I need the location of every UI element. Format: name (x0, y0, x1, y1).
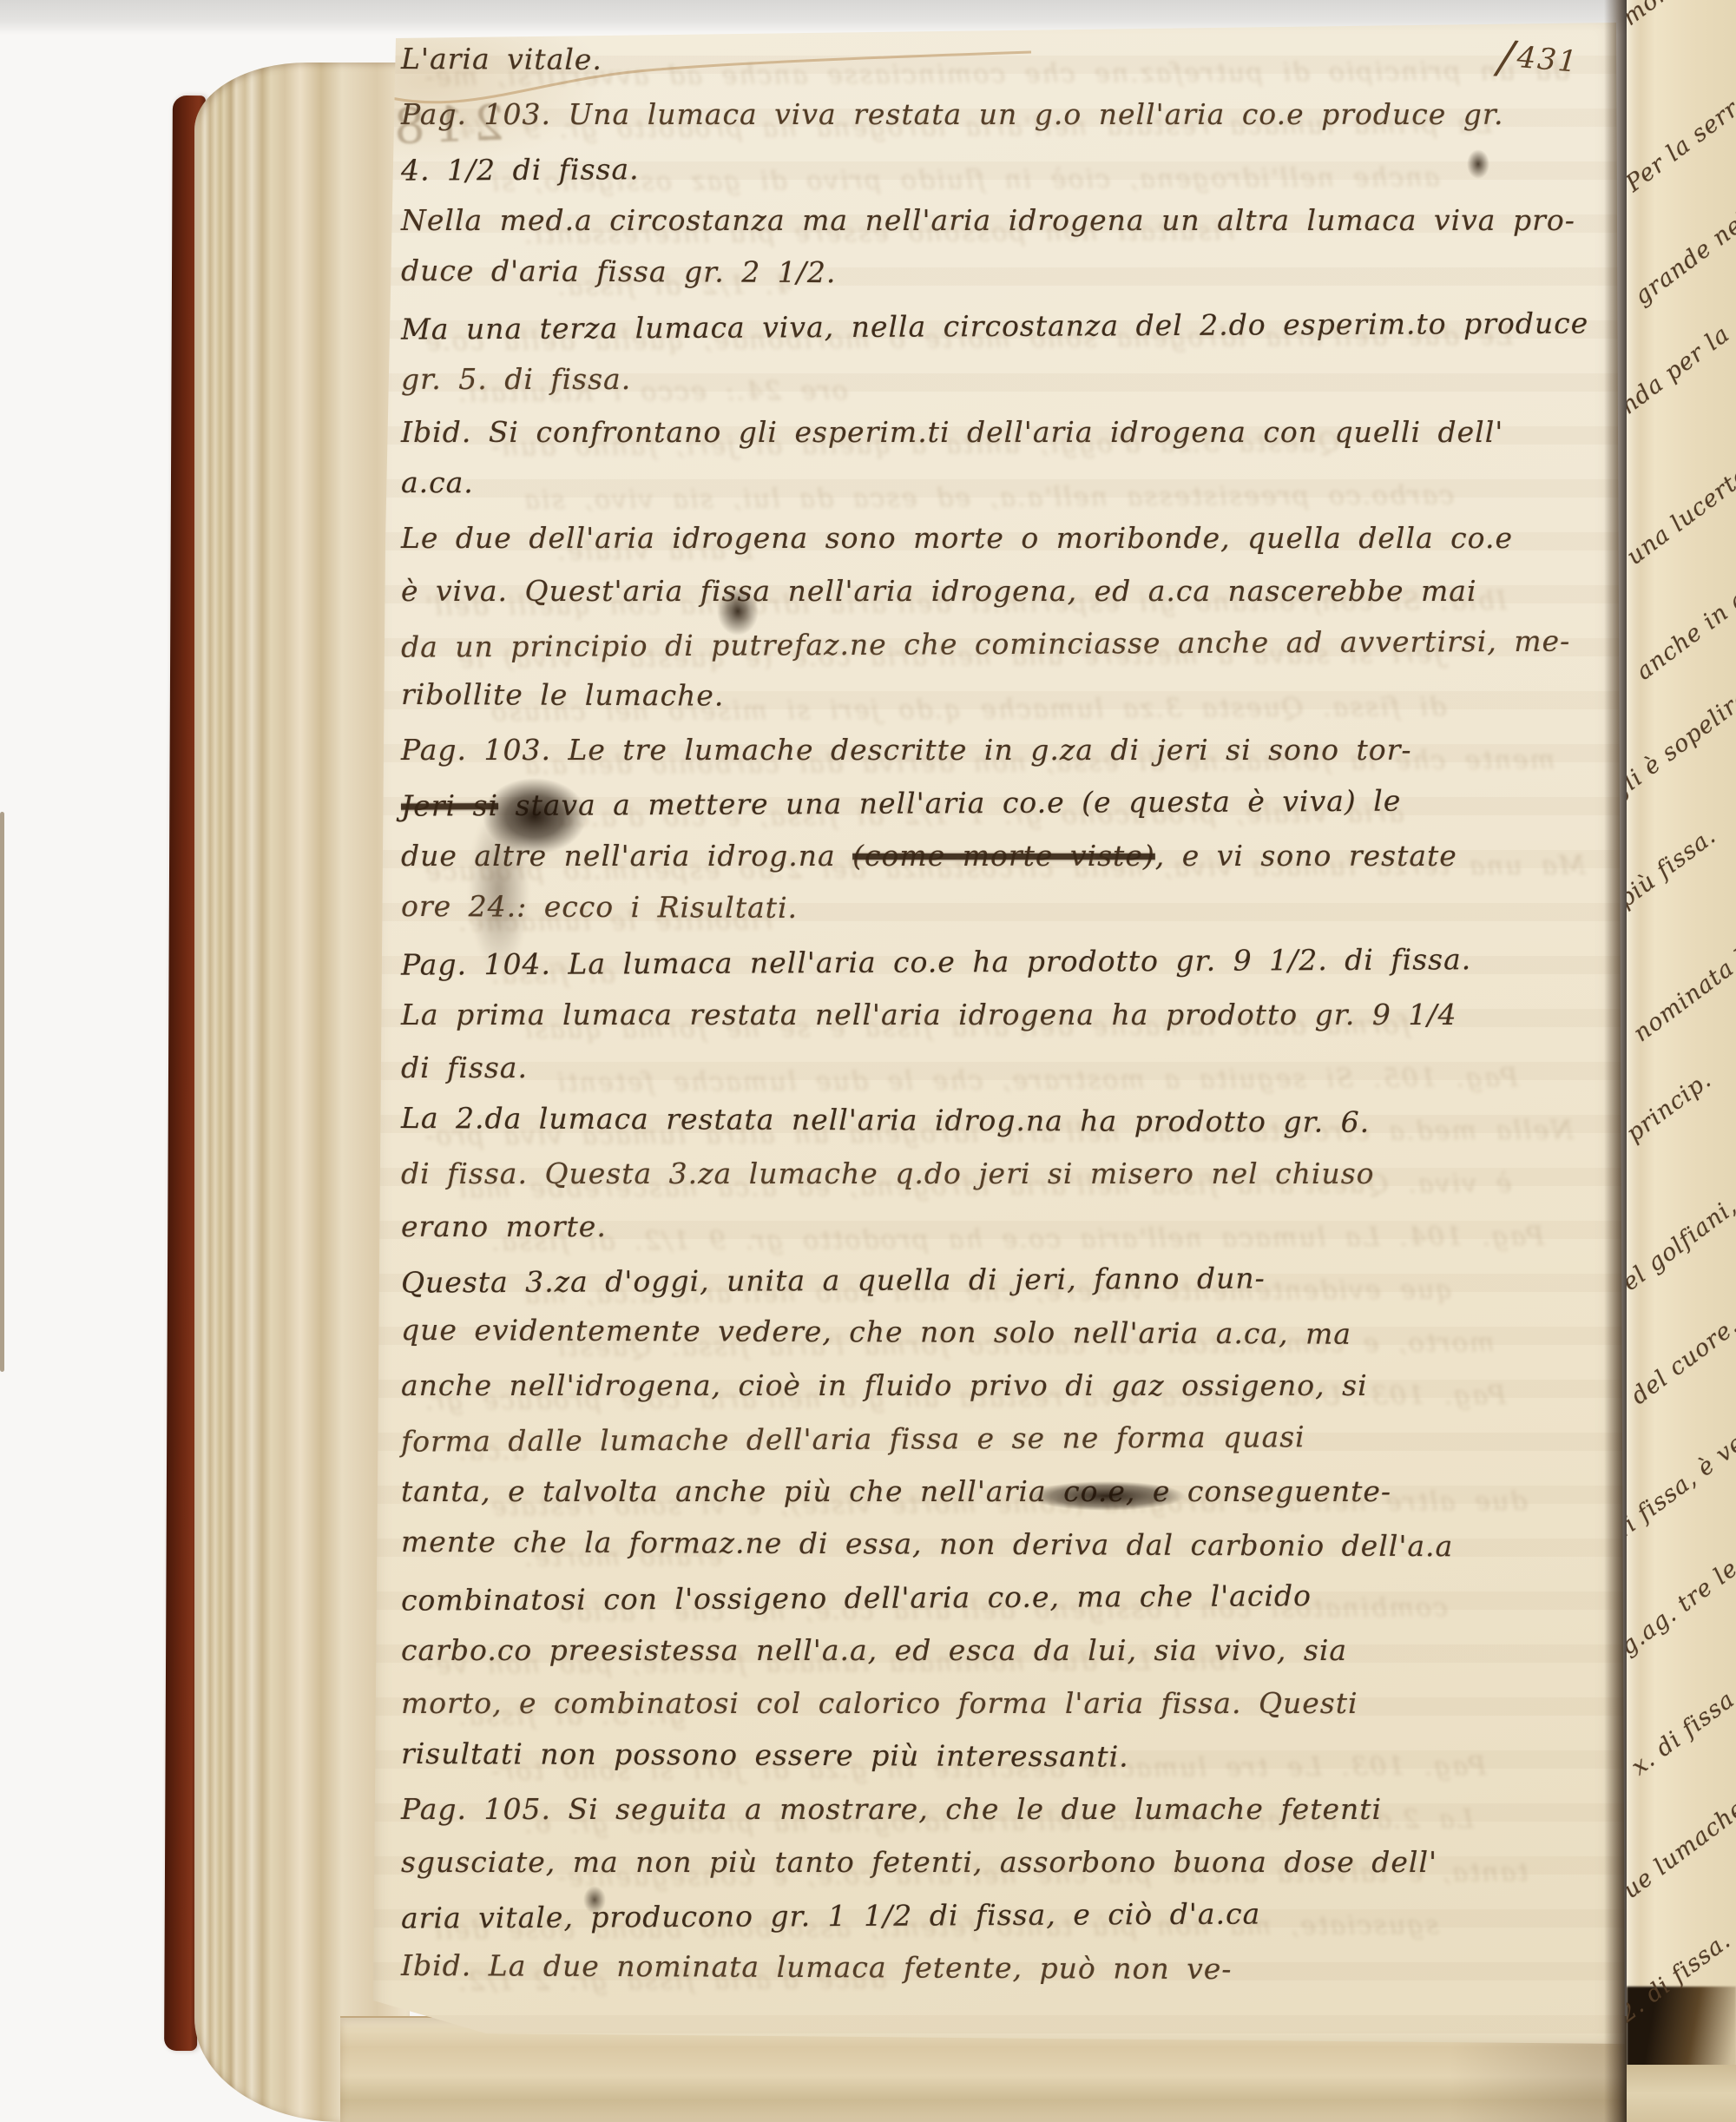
manuscript-line: risultati non possono essere più interes… (401, 1727, 1616, 1785)
manuscript-line-text: Ma una terza lumaca viva, nella circosta… (401, 306, 1588, 346)
manuscript-line: di fissa. (401, 1041, 1616, 1094)
manuscript-photo: { "page": { "folio_number": "431", "foli… (0, 0, 1736, 2122)
manuscript-line-text: ribollite le lumache. (401, 677, 725, 713)
manuscript-page: 218 ∕431 L'aria vitale.Pag. 103. Una lum… (372, 21, 1625, 2044)
manuscript-line: forma dalle lumache dell'aria fissa e se… (401, 1408, 1616, 1467)
manuscript-line: Nella med.a circostanza ma nell'aria idr… (401, 194, 1616, 247)
manuscript-line: Ibid. La due nominata lumaca fetente, pu… (401, 1939, 1616, 1997)
manuscript-line-text: gr. 5. di fissa. (401, 362, 631, 396)
manuscript-line: duce d'aria fissa gr. 2 1/2. (401, 244, 1616, 302)
manuscript-line-text: sgusciate, ma non più tanto fetenti, ass… (401, 1845, 1437, 1879)
manuscript-line: ribollite le lumache. (401, 668, 1616, 726)
manuscript-line-text: Pag. 103. Una lumaca viva restata un g.o… (401, 97, 1504, 131)
manuscript-line: Jeri si stava a mettere una nell'aria co… (401, 773, 1616, 832)
manuscript-line-text: Ibid. La due nominata lumaca fetente, pu… (401, 1948, 1233, 1986)
manuscript-line-text: da un principio di putrefaz.ne che comin… (401, 624, 1570, 664)
manuscript-line-text: Pag. 104. La lumaca nell'aria co.e ha pr… (401, 942, 1471, 981)
manuscript-line: di fissa. Questa 3.za lumache q.do jeri … (401, 1147, 1616, 1200)
manuscript-line-text: aria vitale, producono gr. 1 1/2 di fiss… (401, 1896, 1260, 1934)
manuscript-line-text: Questa 3.za d'oggi, unita a quella di je… (401, 1261, 1266, 1299)
manuscript-line-text: è viva. Quest'aria fissa nell'aria idrog… (401, 574, 1477, 608)
edge-fragment: onda per la (1627, 320, 1735, 429)
manuscript-line-text: stava a mettere una nell'aria co.e (e qu… (498, 784, 1401, 822)
manuscript-line-text: La 2.da lumaca restata nell'aria idrog.n… (401, 1101, 1370, 1139)
manuscript-line-text: risultati non possono essere più interes… (401, 1736, 1129, 1774)
manuscript-line-text: di fissa. Questa 3.za lumache q.do jeri … (401, 1157, 1375, 1190)
manuscript-line-text: mente che la formaz.ne di essa, non deri… (401, 1525, 1453, 1563)
manuscript-line-text: carbo.co preesistessa nell'a.a, ed esca … (401, 1633, 1347, 1667)
manuscript-line: carbo.co preesistessa nell'a.a, ed esca … (401, 1624, 1616, 1677)
manuscript-line-text: Pag. 105. Si seguita a mostrare, che le … (401, 1792, 1382, 1826)
manuscript-line: morto, e combinatosi col calorico forma … (401, 1677, 1616, 1730)
manuscript-line: anche nell'idrogena, cioè in fluido priv… (401, 1359, 1616, 1412)
struck-text: (come morte viste) (852, 839, 1155, 873)
manuscript-line-text: ore 24.: ecco i Risultati. (401, 889, 798, 925)
edge-fragment: più fissa. (1627, 822, 1721, 913)
manuscript-line: a.ca. (401, 456, 1616, 514)
edge-fragment: anche in aque (1631, 557, 1736, 685)
edge-fragment: Per la serra vol (1627, 59, 1736, 198)
manuscript-line-text: combinatosi con l'ossigeno dell'aria co.… (401, 1578, 1312, 1617)
manuscript-line-text: Ibid. Si confrontano gli esperim.ti dell… (401, 415, 1503, 449)
manuscript-line-text: di fissa. (401, 1051, 528, 1084)
manuscript-line: gr. 5. di fissa. (401, 353, 1616, 405)
manuscript-line: Le due dell'aria idrogena sono morte o m… (401, 511, 1616, 564)
manuscript-line: Ma una terza lumaca viva, nella circosta… (401, 296, 1616, 355)
manuscript-line-text: due altre nell'aria idrog.na (401, 839, 852, 873)
manuscript-line-text: 4. 1/2 di fissa. (401, 152, 640, 187)
manuscript-line-text: Le due dell'aria idrogena sono morte o m… (401, 521, 1513, 555)
manuscript-line: La 2.da lumaca restata nell'aria idrog.n… (401, 1091, 1616, 1150)
manuscript-line: tanta, e talvolta anche più che nell'ari… (401, 1465, 1616, 1518)
manuscript-line-text: a.ca. (401, 465, 474, 499)
manuscript-line-text: Nella med.a circostanza ma nell'aria idr… (401, 203, 1575, 237)
manuscript-line: sgusciate, ma non più tanto fetenti, ass… (401, 1835, 1616, 1888)
edge-fragment: due lumache (1627, 1795, 1736, 1914)
manuscript-line-text: forma dalle lumache dell'aria fissa e se… (401, 1420, 1305, 1458)
edge-fragment: g.ag. tre le (1627, 1555, 1736, 1661)
manuscript-line: mente che la formaz.ne di essa, non deri… (401, 1515, 1616, 1573)
manuscript-line: combinatosi con l'ossigeno dell'aria co.… (401, 1567, 1616, 1626)
facing-page-edge: e mortePer la serra volgrande nellaonda … (1627, 0, 1736, 2122)
manuscript-line-text: duce d'aria fissa gr. 2 1/2. (401, 254, 837, 289)
edge-fragment: di fissa, è ver (1627, 1422, 1736, 1547)
edge-fragment: una lucertola ru (1627, 425, 1736, 570)
manuscript-line-text: La prima lumaca restata nell'aria idroge… (401, 998, 1457, 1031)
manuscript-line: aria vitale, producono gr. 1 1/2 di fiss… (401, 1885, 1616, 1944)
manuscript-line: è viva. Quest'aria fissa nell'aria idrog… (401, 564, 1616, 617)
edge-fragment: x. di fissa. (1627, 1681, 1736, 1781)
manuscript-line: 4. 1/2 di fissa. (401, 137, 1616, 196)
manuscript-line-text: Pag. 103. Le tre lumache descritte in g.… (401, 733, 1412, 767)
edge-fragment: el golfiani, e (1627, 1179, 1736, 1296)
edge-fragment: grande nella (1629, 193, 1736, 311)
handwritten-text-block: L'aria vitale.Pag. 103. Una lumaca viva … (401, 35, 1616, 1994)
manuscript-line: La prima lumaca restata nell'aria idroge… (401, 988, 1616, 1041)
manuscript-line-text: erano morte. (401, 1209, 607, 1243)
manuscript-line: Questa 3.za d'oggi, unita a quella di je… (401, 1249, 1616, 1308)
manuscript-line: due altre nell'aria idrog.na (come morte… (401, 829, 1616, 882)
edge-fragment: nominata lu (1628, 935, 1736, 1047)
manuscript-line: erano morte. (401, 1200, 1616, 1253)
manuscript-line-text: morto, e combinatosi col calorico forma … (401, 1686, 1358, 1720)
manuscript-line: Pag. 104. La lumaca nell'aria co.e ha pr… (401, 932, 1616, 991)
page-curl-highlight (1627, 0, 1641, 2122)
manuscript-line-text: L'aria vitale. (401, 42, 602, 76)
manuscript-line: Pag. 103. Le tre lumache descritte in g.… (401, 723, 1616, 776)
facing-page-bottom-edge (1627, 2065, 1736, 2122)
manuscript-line: Pag. 103. Una lumaca viva restata un g.o… (401, 88, 1616, 141)
manuscript-line: Ibid. Si confrontano gli esperim.ti dell… (401, 405, 1616, 458)
manuscript-line: ore 24.: ecco i Risultati. (401, 880, 1616, 938)
background-page-edge (0, 812, 4, 1372)
manuscript-line-text: tanta, e talvolta anche più che nell'ari… (401, 1474, 1391, 1508)
manuscript-line: Pag. 105. Si seguita a mostrare, che le … (401, 1783, 1616, 1835)
manuscript-line: da un principio di putrefaz.ne che comin… (401, 614, 1616, 673)
struck-text: Jeri si (401, 788, 498, 823)
manuscript-line-text: , e vi sono restate (1155, 839, 1457, 873)
edge-fragment: gli è sopelira (1627, 684, 1736, 806)
manuscript-line-text: anche nell'idrogena, cioè in fluido priv… (401, 1368, 1368, 1402)
edge-fragment: del cuore. (1627, 1312, 1736, 1410)
manuscript-line-text: que evidentemente vedere, che non solo n… (401, 1313, 1351, 1351)
manuscript-line: L'aria vitale. (401, 32, 1616, 90)
manuscript-line: que evidentemente vedere, che non solo n… (401, 1303, 1616, 1361)
